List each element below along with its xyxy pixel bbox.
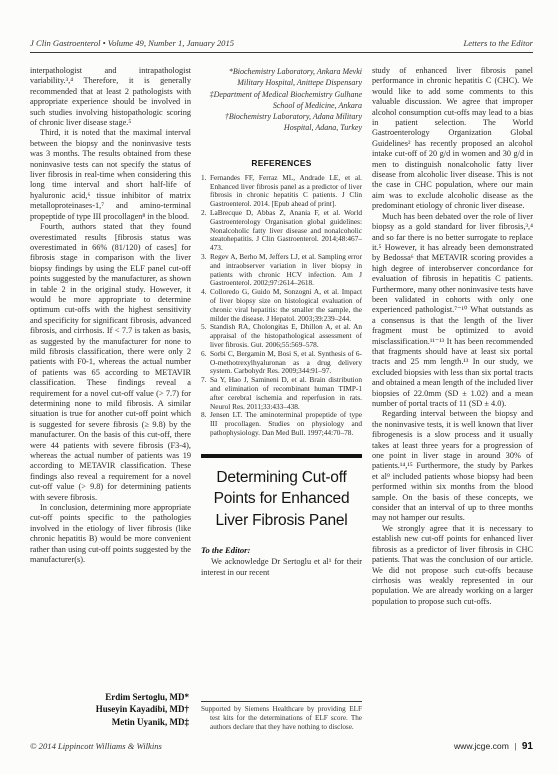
salutation: To the Editor: (201, 545, 362, 555)
article-separator-bar (201, 454, 362, 458)
article-title: Determining Cut-off Points for Enhanced … (201, 467, 362, 532)
body-paragraph: We strongly agree that it is necessary t… (372, 524, 533, 607)
reference-item: 6. Sorbi C, Bergamin M, Bosi S, et al. S… (201, 350, 362, 376)
footer-divider: | (514, 741, 516, 751)
column-middle: *Biochemistry Laboratory, Ankara Mevki M… (201, 66, 362, 734)
reference-number: 2. (201, 209, 210, 253)
author-name: Huseyin Kayadibi, MD† (30, 703, 189, 715)
body-paragraph: Third, it is noted that the maximal inte… (30, 128, 191, 222)
journal-page: J Clin Gastroenterol • Volume 49, Number… (0, 0, 558, 774)
reference-number: 8. (201, 411, 210, 437)
column-left: interpathologist and intrapathologist va… (30, 66, 191, 734)
reference-number: 3. (201, 253, 210, 288)
journal-citation: J Clin Gastroenterol • Volume 49, Number… (30, 38, 234, 48)
section-title: Letters to the Editor (464, 38, 533, 48)
reference-text: LaBrecque D, Abbas Z, Anania F, et al. W… (210, 209, 362, 253)
reference-item: 1. Fernandes FF, Ferraz ML, Andrade LE, … (201, 174, 362, 209)
reference-item: 8. Jensen LT. The aminoterminal propepti… (201, 411, 362, 437)
page-header: J Clin Gastroenterol • Volume 49, Number… (30, 38, 533, 53)
footnote-block: Supported by Siemens Healthcare by provi… (201, 701, 362, 732)
reference-text: Regev A, Berho M, Jeffers LJ, et al. Sam… (210, 253, 362, 288)
reference-item: 5. Standish RA, Cholongitas E, Dhillon A… (201, 323, 362, 349)
column-right: study of enhanced liver fibrosis panel p… (372, 66, 533, 734)
author-block: Erdim Sertoglu, MD* Huseyin Kayadibi, MD… (30, 691, 191, 728)
reference-item: 4. Colloredo G, Guido M, Sonzogni A, et … (201, 288, 362, 323)
page-footer: © 2014 Lippincott Williams & Wilkins www… (30, 741, 533, 752)
reference-item: 7. Sa Y, Hao J, Samineni D, et al. Brain… (201, 376, 362, 411)
affiliation-line: *Biochemistry Laboratory, Ankara Mevki M… (201, 66, 362, 89)
content-columns: interpathologist and intrapathologist va… (30, 66, 533, 734)
reference-number: 7. (201, 376, 210, 411)
author-name: Metin Uyanik, MD‡ (30, 716, 189, 728)
body-paragraph: In conclusion, determining more appropri… (30, 503, 191, 565)
body-paragraph: Fourth, authors stated that they found o… (30, 222, 191, 503)
author-name: Erdim Sertoglu, MD* (30, 691, 189, 703)
opening-paragraph: We acknowledge Dr Sertoglu et al¹ for th… (201, 557, 362, 578)
reference-number: 1. (201, 174, 210, 209)
page-number: 91 (522, 741, 533, 752)
reference-text: Jensen LT. The aminoterminal propeptide … (210, 411, 362, 437)
body-paragraph: Regarding interval between the biopsy an… (372, 409, 533, 523)
page-reference: www.jcge.com | 91 (454, 741, 533, 752)
reference-text: Standish RA, Cholongitas E, Dhillon A, e… (210, 323, 362, 349)
reference-item: 2. LaBrecque D, Abbas Z, Anania F, et al… (201, 209, 362, 253)
reference-text: Colloredo G, Guido M, Sonzogni A, et al.… (210, 288, 362, 323)
copyright-notice: © 2014 Lippincott Williams & Wilkins (30, 741, 162, 751)
reference-item: 3. Regev A, Berho M, Jeffers LJ, et al. … (201, 253, 362, 288)
footnote-text: Supported by Siemens Healthcare by provi… (201, 705, 362, 732)
reference-text: Sorbi C, Bergamin M, Bosi S, et al. Synt… (210, 350, 362, 376)
reference-text: Fernandes FF, Ferraz ML, Andrade LE, et … (210, 174, 362, 209)
footnote-rule (201, 701, 362, 702)
reference-text: Sa Y, Hao J, Samineni D, et al. Brain di… (210, 376, 362, 411)
references-list: 1. Fernandes FF, Ferraz ML, Andrade LE, … (201, 174, 362, 438)
reference-number: 5. (201, 323, 210, 349)
reference-number: 4. (201, 288, 210, 323)
body-paragraph: Much has been debated over the role of l… (372, 212, 533, 410)
reference-number: 6. (201, 350, 210, 376)
body-paragraph: interpathologist and intrapathologist va… (30, 66, 191, 128)
body-paragraph: study of enhanced liver fibrosis panel p… (372, 66, 533, 212)
affiliation-line: †Biochemistry Laboratory, Adana Military… (201, 111, 362, 134)
affiliations-block: *Biochemistry Laboratory, Ankara Mevki M… (201, 66, 362, 134)
affiliation-line: ‡Department of Medical Biochemistry Gulh… (201, 89, 362, 112)
references-heading: REFERENCES (201, 158, 362, 168)
journal-website: www.jcge.com (454, 741, 509, 751)
